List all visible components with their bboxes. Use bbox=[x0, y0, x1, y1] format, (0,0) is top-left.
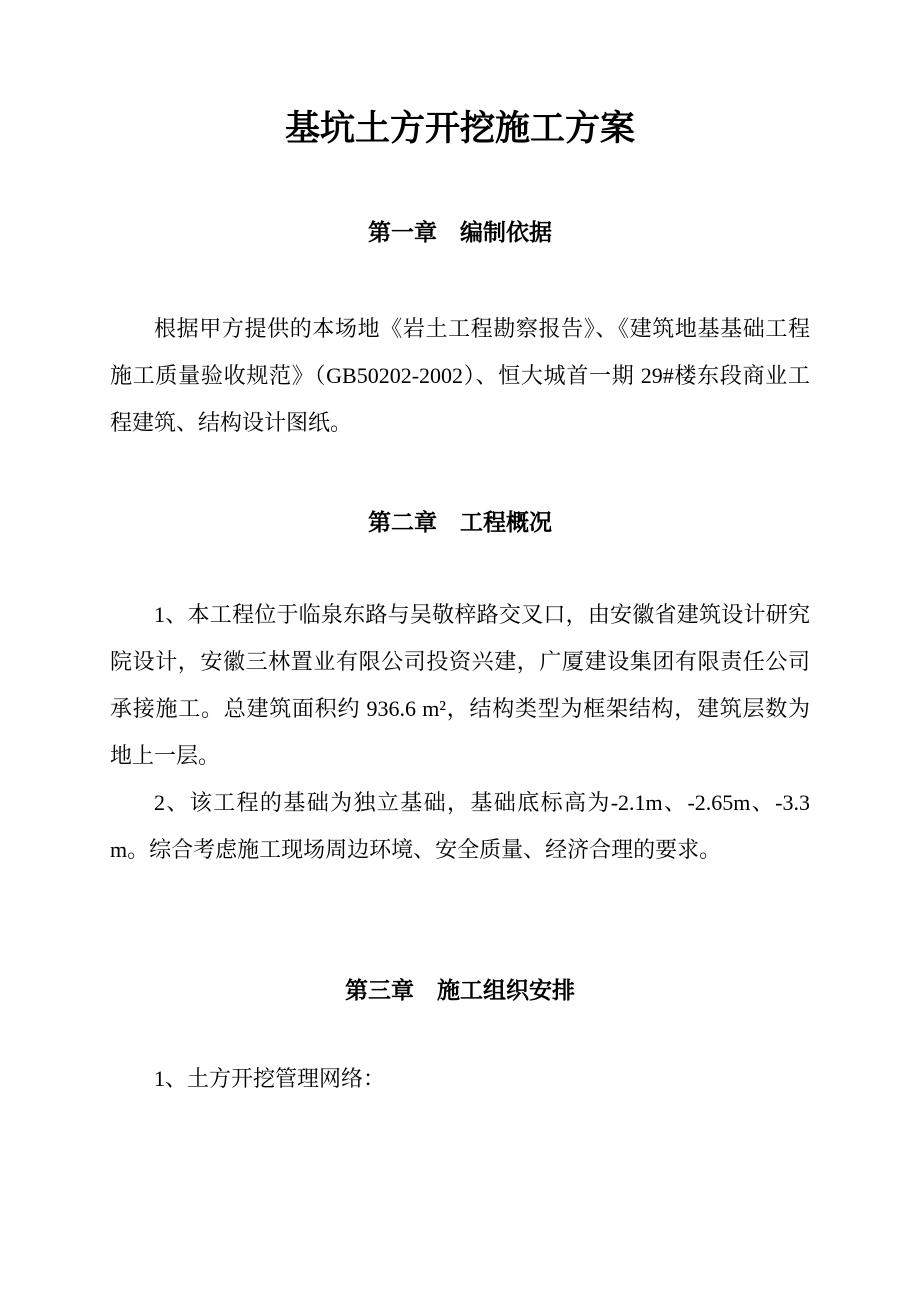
chapter-2-paragraph-1: 1、本工程位于临泉东路与吴敬梓路交叉口，由安徽省建筑设计研究院设计，安徽三林置业… bbox=[110, 591, 810, 779]
document-page: 基坑土方开挖施工方案 第一章 编制依据 根据甲方提供的本场地《岩土工程勘察报告》… bbox=[0, 0, 920, 1302]
chapter-3-heading: 第三章 施工组织安排 bbox=[110, 976, 810, 1006]
chapter-1-paragraph: 根据甲方提供的本场地《岩土工程勘察报告》、《建筑地基基础工程施工质量验收规范》（… bbox=[110, 305, 810, 446]
document-title: 基坑土方开挖施工方案 bbox=[110, 100, 810, 158]
chapter-1-heading: 第一章 编制依据 bbox=[110, 218, 810, 248]
chapter-2-paragraph-2: 2、该工程的基础为独立基础，基础底标高为-2.1m、-2.65m、-3.3m。综… bbox=[110, 779, 810, 873]
chapter-2-heading: 第二章 工程概况 bbox=[110, 508, 810, 538]
chapter-3-paragraph: 1、土方开挖管理网络： bbox=[110, 1055, 810, 1102]
